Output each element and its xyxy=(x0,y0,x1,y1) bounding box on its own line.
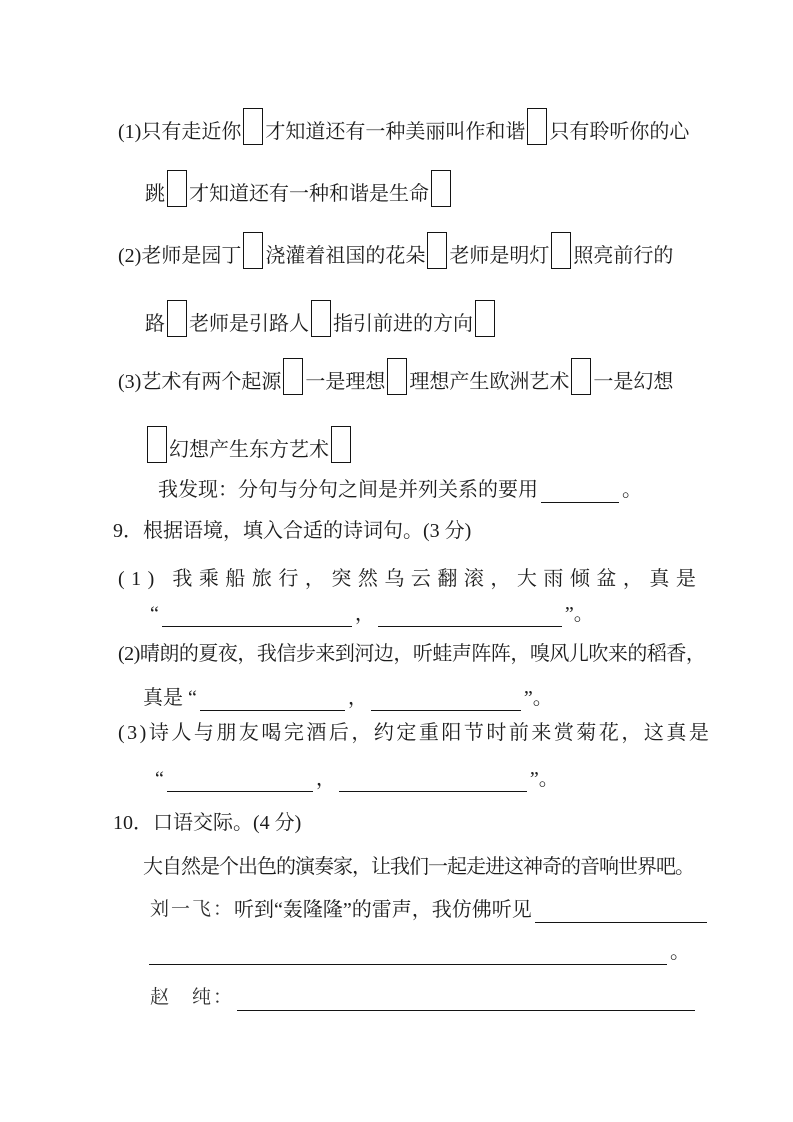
q9-item3-line1: (3)诗人与朋友喝完酒后，约定重阳节时前来赏菊花，这真是 xyxy=(118,720,711,746)
answer-blank xyxy=(541,476,619,503)
text-run: 路 xyxy=(145,311,165,337)
text-run: 只有聆听你的心 xyxy=(549,119,689,145)
q10-header: 10．口语交际。(4 分) xyxy=(113,810,301,836)
punctuation-box xyxy=(283,358,303,395)
text-run: 指引前进的方向 xyxy=(333,311,473,337)
text-run: 大自然是个出色的演奏家，让我们一起走进这神奇的音响世界吧。 xyxy=(143,854,694,880)
answer-blank xyxy=(237,984,695,1011)
text-run: 才知道还有一种和谐是生命 xyxy=(189,181,429,207)
answer-blank xyxy=(339,765,527,792)
speaker-name: 赵 纯： xyxy=(150,985,234,1011)
text-run: ”。 xyxy=(530,766,559,792)
text-run: 。 xyxy=(622,477,642,503)
q8-item1-line2: 跳才知道还有一种和谐是生命 xyxy=(145,170,453,207)
punctuation-box xyxy=(147,426,167,463)
q10-liu-continuation: 。 xyxy=(146,938,690,965)
answer-blank xyxy=(535,896,707,923)
text-run: 才知道还有一种美丽叫作和谐 xyxy=(265,119,525,145)
q9-item1-line1: (1) 我乘船旅行，突然乌云翻滚，大雨倾盆，真是 xyxy=(118,566,702,592)
punctuation-box xyxy=(167,170,187,207)
q10-liu-line: 刘一飞：听到“轰隆隆”的雷声，我仿佛听见 xyxy=(150,896,710,923)
q8-item2-line1: (2)老师是园丁浇灌着祖国的花朵老师是明灯照亮前行的 xyxy=(118,232,673,269)
text-run: 我发现：分句与分句之间是并列关系的要用 xyxy=(158,477,538,503)
text-run: 9．根据语境，填入合适的诗词句。(3 分) xyxy=(113,518,471,544)
answer-blank xyxy=(149,938,667,965)
answer-blank xyxy=(167,765,313,792)
text-run: 幻想产生东方艺术 xyxy=(169,437,329,463)
text-run: 浇灌着祖国的花朵 xyxy=(265,243,425,269)
q9-item3-answer: “，”。 xyxy=(155,765,559,792)
text-run: ”。 xyxy=(524,685,553,711)
text-run: “ xyxy=(150,601,159,627)
punctuation-box xyxy=(427,232,447,269)
q8-item2-line2: 路老师是引路人指引前进的方向 xyxy=(145,300,497,337)
text-run: 照亮前行的 xyxy=(573,243,673,269)
text-run: 老师是引路人 xyxy=(189,311,309,337)
punctuation-box xyxy=(311,300,331,337)
text-run: (3)诗人与朋友喝完酒后，约定重阳节时前来赏菊花，这真是 xyxy=(118,720,711,746)
text-run: 。 xyxy=(670,939,690,965)
text-run: 听到“轰隆隆”的雷声，我仿佛听见 xyxy=(234,897,532,923)
punctuation-box xyxy=(527,108,547,145)
punctuation-box xyxy=(243,108,263,145)
q9-item2-line1: (2)晴朗的夏夜，我信步来到河边，听蛙声阵阵，嗅风儿吹来的稻香， xyxy=(118,641,705,667)
punctuation-box xyxy=(571,358,591,395)
text-run: 老师是明灯 xyxy=(449,243,549,269)
punctuation-box xyxy=(551,232,571,269)
punctuation-box xyxy=(475,300,495,337)
exam-page: (1)只有走近你才知道还有一种美丽叫作和谐只有聆听你的心跳才知道还有一种和谐是生… xyxy=(0,0,793,1122)
text-run: (2)晴朗的夏夜，我信步来到河边，听蛙声阵阵，嗅风儿吹来的稻香， xyxy=(118,641,705,667)
text-run: 跳 xyxy=(145,181,165,207)
text-run: ”。 xyxy=(565,601,594,627)
punctuation-box xyxy=(387,358,407,395)
text-run: (2)老师是园丁 xyxy=(118,243,241,269)
speaker-name: 刘一飞： xyxy=(150,897,234,923)
answer-blank xyxy=(200,684,345,711)
text-run: 真是 “ xyxy=(143,685,197,711)
text-run: (1) 我乘船旅行，突然乌云翻滚，大雨倾盆，真是 xyxy=(118,566,702,592)
punctuation-box xyxy=(331,426,351,463)
q9-header: 9．根据语境，填入合适的诗词句。(3 分) xyxy=(113,518,471,544)
q8-discovery: 我发现：分句与分句之间是并列关系的要用。 xyxy=(158,476,642,503)
text-run: 10．口语交际。(4 分) xyxy=(113,810,301,836)
text-run: (3)艺术有两个起源 xyxy=(118,369,281,395)
text-run: ， xyxy=(316,766,336,792)
punctuation-box xyxy=(431,170,451,207)
q10-zhao-line: 赵 纯： xyxy=(150,984,698,1011)
punctuation-box xyxy=(167,300,187,337)
q8-item1-line1: (1)只有走近你才知道还有一种美丽叫作和谐只有聆听你的心 xyxy=(118,108,689,145)
q10-intro: 大自然是个出色的演奏家，让我们一起走进这神奇的音响世界吧。 xyxy=(143,854,694,880)
answer-blank xyxy=(371,684,521,711)
text-run: “ xyxy=(155,766,164,792)
text-run: ， xyxy=(348,685,368,711)
q8-item3-line2: 幻想产生东方艺术 xyxy=(145,426,353,463)
q9-item2-answer: 真是 “，”。 xyxy=(143,684,553,711)
q9-item1-answer: “，”。 xyxy=(150,600,594,627)
text-run: ， xyxy=(355,601,375,627)
text-run: (1)只有走近你 xyxy=(118,119,241,145)
text-run: 一是幻想 xyxy=(593,369,673,395)
text-run: 一是理想 xyxy=(305,369,385,395)
answer-blank xyxy=(378,600,562,627)
q8-item3-line1: (3)艺术有两个起源一是理想理想产生欧洲艺术一是幻想 xyxy=(118,358,673,395)
answer-blank xyxy=(162,600,352,627)
text-run: 理想产生欧洲艺术 xyxy=(409,369,569,395)
punctuation-box xyxy=(243,232,263,269)
